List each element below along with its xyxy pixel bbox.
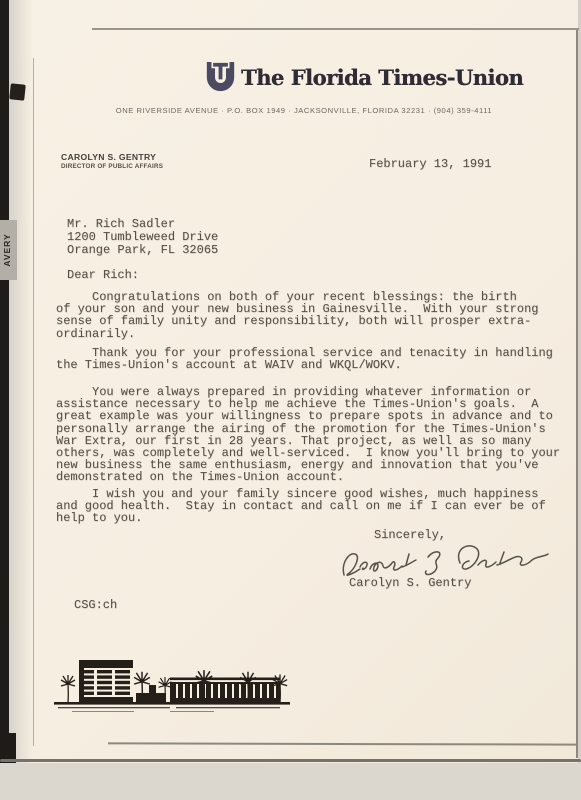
sleeve-bottom-edge [0,759,581,762]
body-paragraph-3: You were always prepared in providing wh… [56,386,560,484]
plastic-sleeve-shading [9,0,33,800]
letter-date: February 13, 1991 [369,157,491,171]
page-bottom-edge [108,742,578,745]
salutation: Dear Rich: [67,268,139,282]
body-paragraph-2: Thank you for your professional service … [56,347,553,371]
reference-initials: CSG:ch [74,598,117,612]
page-right-edge [576,30,578,758]
binder-spine-strip [0,0,9,800]
masthead-title: The Florida Times-Union [241,65,523,90]
page-top-edge [92,28,579,30]
letterhead-address: ONE RIVERSIDE AVENUE · P.O. BOX 1949 · J… [74,106,534,115]
avery-brand-label: AVERY [2,226,14,274]
sender-title: DIRECTOR OF PUBLIC AFFAIRS [61,163,163,170]
times-union-building-illustration [52,651,295,723]
times-union-tu-logo-icon [205,61,236,94]
scanned-letter-page: AVERY The Florida Times-Union ONE RIVERS… [0,0,581,800]
body-paragraph-4: I wish you and your family sincere good … [56,488,546,525]
typed-signature-name: Carolyn S. Gentry [349,576,471,590]
recipient-address: Mr. Rich Sadler 1200 Tumbleweed Drive Or… [67,218,218,258]
body-paragraph-1: Congratulations on both of your recent b… [56,291,538,340]
background-below-sleeve [0,763,581,800]
sender-block: CAROLYN S. GENTRY DIRECTOR OF PUBLIC AFF… [61,152,163,170]
sender-name: CAROLYN S. GENTRY [61,152,163,162]
binder-mark-top [9,83,26,100]
page-left-edge [33,58,34,746]
